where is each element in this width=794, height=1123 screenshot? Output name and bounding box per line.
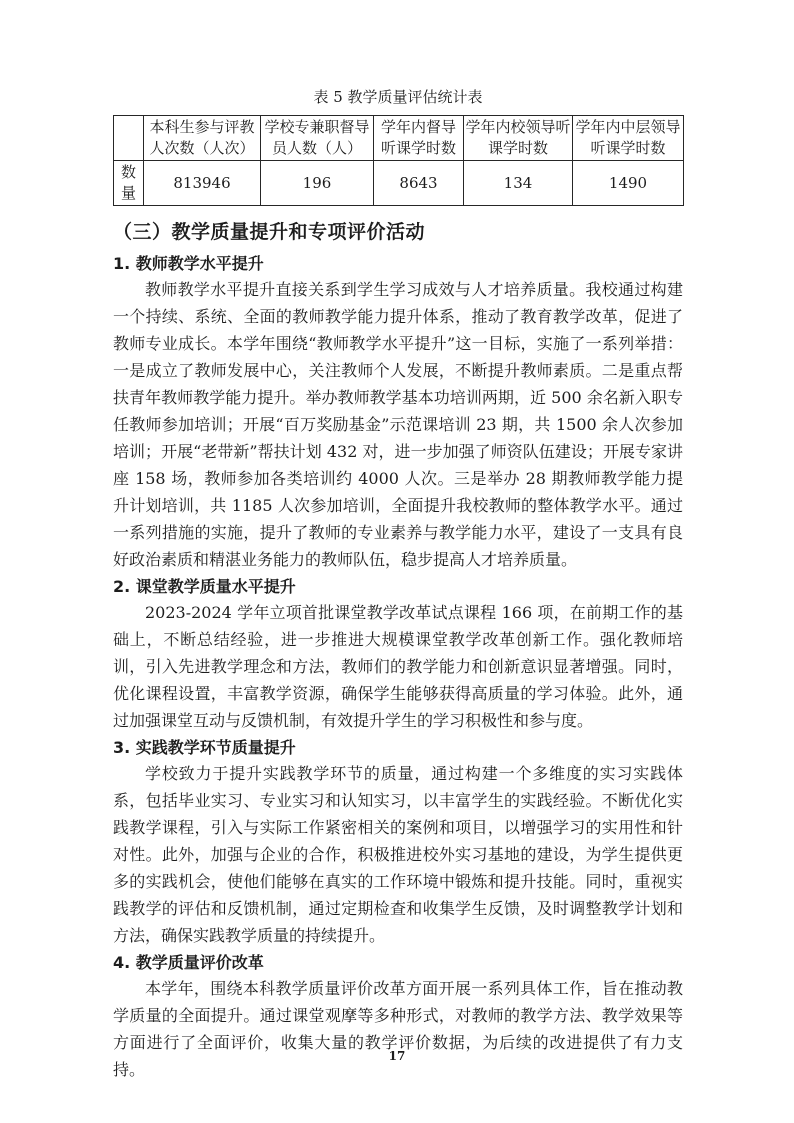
subsection-title-4: 4. 教学质量评价改革 xyxy=(113,951,683,974)
subsection-paragraph-3: 学校致力于提升实践教学环节的质量，通过构建一个多维度的实习实践体系，包括毕业实习… xyxy=(113,760,683,949)
table-header-cell: 学年内校领导听课学时数 xyxy=(464,116,573,161)
page-number: 17 xyxy=(0,1049,794,1063)
table-value-cell: 813946 xyxy=(144,161,261,206)
subsection-paragraph-4: 本学年，围绕本科教学质量评价改革方面开展一系列具体工作，旨在推动教学质量的全面提… xyxy=(113,975,683,1083)
table-caption: 表 5 教学质量评估统计表 xyxy=(113,88,683,107)
table-value-cell: 196 xyxy=(261,161,374,206)
document-page: 表 5 教学质量评估统计表 本科生参与评教人次数（人次） 学校专兼职督导员人数（… xyxy=(0,0,794,1123)
table-header-row: 本科生参与评教人次数（人次） 学校专兼职督导员人数（人） 学年内督导听课学时数 … xyxy=(114,116,684,161)
table-header-cell: 学校专兼职督导员人数（人） xyxy=(261,116,374,161)
subsection-title-1: 1. 教师教学水平提升 xyxy=(113,252,683,275)
table-header-cell: 学年内督导听课学时数 xyxy=(374,116,464,161)
evaluation-stats-table: 本科生参与评教人次数（人次） 学校专兼职督导员人数（人） 学年内督导听课学时数 … xyxy=(113,115,684,206)
subsection-paragraph-1: 教师教学水平提升直接关系到学生学习成效与人才培养质量。我校通过构建一个持续、系统… xyxy=(113,276,683,573)
subsection-title-3: 3. 实践教学环节质量提升 xyxy=(113,736,683,759)
table-header-cell: 学年内中层领导听课学时数 xyxy=(573,116,684,161)
table-data-row: 数量 813946 196 8643 134 1490 xyxy=(114,161,684,206)
table-row-label: 数量 xyxy=(114,161,144,206)
table-corner-cell xyxy=(114,116,144,161)
table-header-cell: 本科生参与评教人次数（人次） xyxy=(144,116,261,161)
table-value-cell: 134 xyxy=(464,161,573,206)
subsection-paragraph-2: 2023-2024 学年立项首批课堂教学改革试点课程 166 项，在前期工作的基… xyxy=(113,599,683,734)
table-value-cell: 1490 xyxy=(573,161,684,206)
subsection-title-2: 2. 课堂教学质量水平提升 xyxy=(113,575,683,598)
page-content: 表 5 教学质量评估统计表 本科生参与评教人次数（人次） 学校专兼职督导员人数（… xyxy=(113,88,683,1083)
section-heading: （三）教学质量提升和专项评价活动 xyxy=(113,219,683,245)
table-value-cell: 8643 xyxy=(374,161,464,206)
